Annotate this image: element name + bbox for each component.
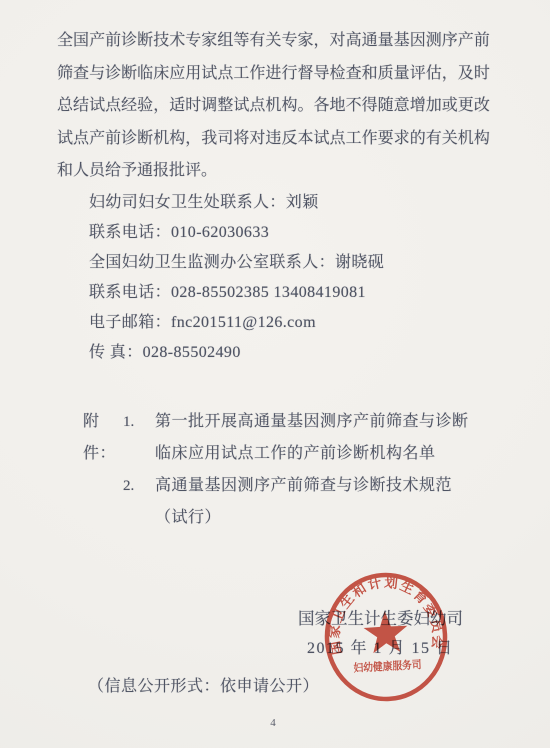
attachment-number: 1. xyxy=(123,406,155,470)
page-number: 4 xyxy=(258,717,288,729)
attachments-label: 附件： xyxy=(83,406,123,470)
contact-fax-line: 传 真：028-85502490 xyxy=(89,338,509,368)
paragraph-line: 和人员给予通报批评。 xyxy=(57,155,490,188)
paragraph-line: 试点产前诊断机构，我司将对违反本试点工作要求的有关机构 xyxy=(57,123,490,156)
attachment-title-line: 第一批开展高通量基因测序产前筛查与诊断 xyxy=(155,406,469,438)
attachment-item: 1. 第一批开展高通量基因测序产前筛查与诊断 临床应用试点工作的产前诊断机构名单 xyxy=(123,406,469,470)
contact-phone-line: 联系电话：010-62030633 xyxy=(89,218,509,248)
official-seal: 国家卫生和计划生育委员会 妇幼健康服务司 xyxy=(314,564,457,711)
contact-email-line: 电子邮箱：fnc201511@126.com xyxy=(89,308,509,338)
contact-person-line: 全国妇幼卫生监测办公室联系人：谢晓砚 xyxy=(89,248,509,278)
paragraph-line: 全国产前诊断技术专家组等有关专家，对高通量基因测序产前 xyxy=(57,25,490,58)
scanned-document-page: 全国产前诊断技术专家组等有关专家，对高通量基因测序产前 筛查与诊断临床应用试点工… xyxy=(0,0,550,748)
disclosure-note: （信息公开形式：依申请公开） xyxy=(88,677,319,697)
attachment-title-line: （试行） xyxy=(155,502,452,534)
body-paragraph: 全国产前诊断技术专家组等有关专家，对高通量基因测序产前 筛查与诊断临床应用试点工… xyxy=(57,25,490,188)
paragraph-line: 筛查与诊断临床应用试点工作进行督导检查和质量评估，及时 xyxy=(57,58,490,91)
paragraph-line: 总结试点经验，适时调整试点机构。各地不得随意增加或更改 xyxy=(57,90,490,123)
contact-phone-line: 联系电话：028-85502385 13408419081 xyxy=(89,278,509,308)
contact-person-line: 妇幼司妇女卫生处联系人：刘颖 xyxy=(89,188,509,218)
attachment-title-line: 临床应用试点工作的产前诊断机构名单 xyxy=(155,438,469,470)
attachment-title-line: 高通量基因测序产前筛查与诊断技术规范 xyxy=(155,470,452,502)
attachments-block: 附件： 1. 第一批开展高通量基因测序产前筛查与诊断 临床应用试点工作的产前诊断… xyxy=(83,406,523,534)
seal-star-icon xyxy=(363,610,409,654)
attachment-number: 2. xyxy=(123,470,155,534)
attachment-item: 2. 高通量基因测序产前筛查与诊断技术规范 （试行） xyxy=(123,470,469,534)
contact-info-block: 妇幼司妇女卫生处联系人：刘颖 联系电话：010-62030633 全国妇幼卫生监… xyxy=(89,188,509,368)
seal-inner-text: 妇幼健康服务司 xyxy=(353,657,422,675)
